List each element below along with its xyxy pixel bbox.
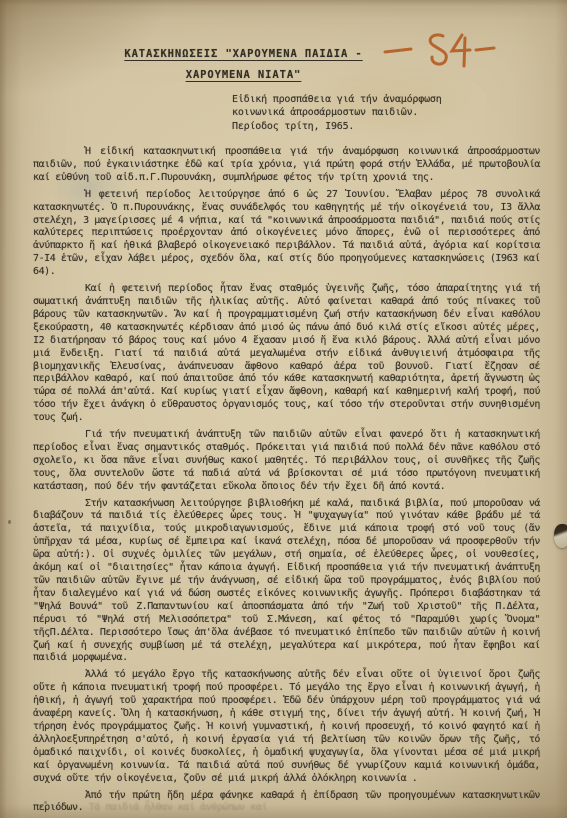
subtitle-line-3: Περίοδος τρίτη, I965. <box>232 120 442 133</box>
subtitle-line-1: Εἰδική προσπάθεια γιά τήν ἀναμόρφωση <box>232 93 442 106</box>
handwritten-page-number <box>380 26 498 74</box>
paragraph: Ἀλλά τό μεγάλο ἔργο τῆς κατασκήνωσης αὐτ… <box>33 669 540 785</box>
digit-4 <box>452 35 470 66</box>
paragraph: Γιά τήν πνευματική ἀνάπτυξη τῶν παιδιῶν … <box>33 429 540 494</box>
document-subtitle: Εἰδική προσπάθεια γιά τήν ἀναμόρφωση κοι… <box>232 93 442 133</box>
page-number-strokes <box>380 26 498 74</box>
paper-speck <box>8 520 11 524</box>
document-body: Ἡ εἰδική κατασκηνωτική προσπάθεια γιά τή… <box>33 146 540 818</box>
paragraph: Ἡ εἰδική κατασκηνωτική προσπάθεια γιά τή… <box>33 146 540 185</box>
dash-right <box>476 48 494 50</box>
paragraph: Στήν κατασκήνωση λειτούργησε βιβλιοθήκη … <box>33 498 540 666</box>
paragraph: Καί ἡ φετεινή περίοδος ἦταν ἕνας σταθμός… <box>33 283 540 425</box>
fastener-mark <box>554 524 567 548</box>
paragraph: Ἡ φετεινή περίοδος λειτούργησε ἀπό 6 ὡς … <box>33 189 540 279</box>
subtitle-line-2: κοινωνικά ἀπροσάρμοστων παιδιῶν. <box>232 106 442 119</box>
scanned-document-page: ΚΑΤΑΣΚΗΝΩΣΕΙΣ "ΧΑΡΟΥΜΕΝΑ ΠΑΙΔΙΑ - ΧΑΡΟΥΜ… <box>0 0 567 818</box>
erased-text: Τά παιδιά ἦλθαν καί ἀνθρώπων καί <box>89 802 267 813</box>
paragraph: Ἀπό τήν πρώτη ἤδη μέρα φάνηκε καθαρά ἡ ἐ… <box>33 790 540 816</box>
digit-8 <box>430 35 446 64</box>
dash-left <box>385 49 411 52</box>
